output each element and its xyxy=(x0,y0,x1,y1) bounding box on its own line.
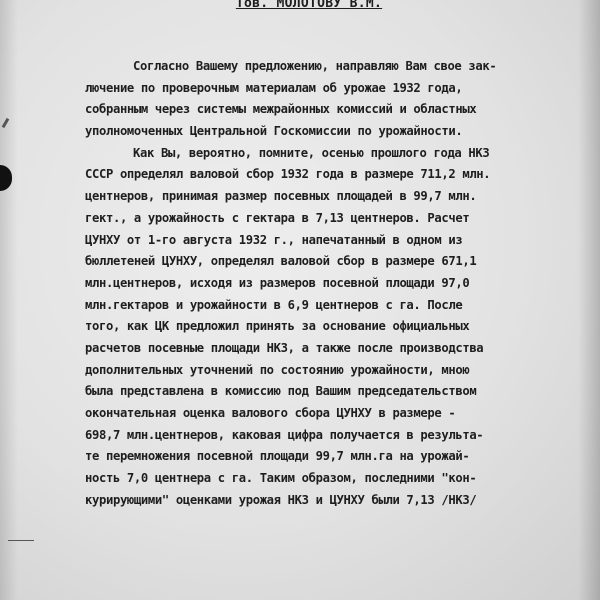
text-line: СССР определял валовой сбор 1932 года в … xyxy=(85,164,570,186)
text-line: Как Вы, вероятно, помните, осенью прошло… xyxy=(85,143,570,165)
text-line: гект., а урожайность с гектара в 7,13 це… xyxy=(85,208,570,230)
text-line: собранным через системы межрайонных коми… xyxy=(85,99,570,121)
text-line: те перемножения посевной площади 99,7 мл… xyxy=(85,446,570,468)
text-line: центнеров, принимая размер посевных площ… xyxy=(85,186,570,208)
text-line: того, как ЦК предложил принять за основа… xyxy=(85,316,570,338)
text-line: расчетов посевные площади НКЗ, а также п… xyxy=(85,338,570,360)
text-line: бюллетеней ЦУНХУ, определял валовой сбор… xyxy=(85,251,570,273)
letter-body: Согласно Вашему предложению, направляю В… xyxy=(85,56,570,511)
text-line: курирующими" оценками урожая НКЗ и ЦУНХУ… xyxy=(85,490,570,512)
text-line: уполномоченных Центральной Госкомиссии п… xyxy=(85,121,570,143)
text-line: ность 7,0 центнера с га. Таким образом, … xyxy=(85,468,570,490)
margin-mark xyxy=(8,540,34,541)
text-line: была представлена в комиссию под Вашим п… xyxy=(85,381,570,403)
text-line: 698,7 млн.центнеров, каковая цифра получ… xyxy=(85,425,570,447)
typewritten-letter-page: Тов. МОЛОТОВУ В.М. Согласно Вашему предл… xyxy=(0,0,600,600)
scan-left-shadow xyxy=(0,0,18,600)
text-line: окончательная оценка валового сбора ЦУНХ… xyxy=(85,403,570,425)
scan-right-shadow xyxy=(578,0,600,600)
text-line: лючение по проверочным материалам об уро… xyxy=(85,78,570,100)
text-line: ЦУНХУ от 1-го августа 1932 г., напечатан… xyxy=(85,230,570,252)
text-line: млн.гектаров и урожайности в 6,9 центнер… xyxy=(85,295,570,317)
addressee-heading: Тов. МОЛОТОВУ В.М. xyxy=(0,0,600,11)
text-line: млн.центнеров, исходя из размеров посевн… xyxy=(85,273,570,295)
text-line: Согласно Вашему предложению, направляю В… xyxy=(85,56,570,78)
text-line: дополнительных уточнений по состоянию ур… xyxy=(85,360,570,382)
